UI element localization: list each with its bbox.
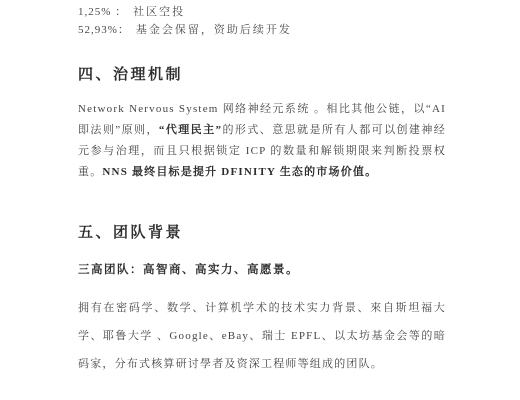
allocation-row-foundation-reserve: 52,93%： 基金会保留，资助后续开发 [78, 21, 446, 37]
governance-bold-nns-goal: NNS 最终目标是提升 DFINITY 生态的市场价值。 [102, 166, 377, 178]
allocation-percent: 52,93%： [78, 21, 130, 37]
allocation-percent: 1,25% ： [78, 3, 127, 19]
allocation-label: 社区空投 [133, 3, 185, 19]
team-background-paragraph: 拥有在密码学、数学、计算机学术的技术实力背景、來自斯坦福大学、耶鲁大学 、Goo… [78, 294, 446, 378]
section-heading-governance: 四、治理机制 [78, 63, 446, 84]
governance-bold-proxy-democracy: “代理民主” [159, 124, 222, 136]
allocation-label: 基金会保留，资助后续开发 [136, 21, 292, 37]
governance-paragraph: Network Nervous System 网络神经元系统 。相比其他公链，以… [78, 99, 446, 183]
allocation-row-community-airdrop: 1,25% ： 社区空投 [78, 3, 446, 19]
team-summary-line: 三高团队：高智商、高实力、高愿景。 [78, 261, 446, 277]
section-heading-team: 五、团队背景 [78, 221, 446, 242]
